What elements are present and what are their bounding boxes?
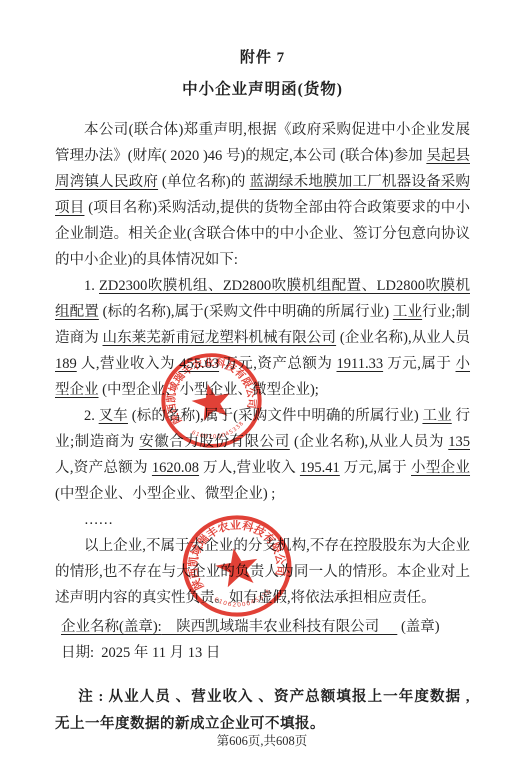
ellipsis-line: …… (55, 507, 470, 533)
attachment-label: 附件 7 (55, 46, 470, 67)
closing-paragraph: 以上企业,不属于大企业的分支机构,不存在控股股东为大企业的情形,也不存在与大企业… (55, 533, 470, 611)
item-1-paragraph: 1. ZD2300吹膜机组、ZD2800吹膜机组配置、LD2800吹膜机组配置 … (55, 273, 470, 403)
document-body: 本公司(联合体)郑重声明,根据《政府采购促进中小企业发展管理办法》(财库( 20… (55, 117, 470, 738)
company-name-signature-line: 企业名称(盖章): 陕西凯域瑞丰农业科技有限公司 (盖章) (61, 614, 470, 640)
page-number-footer: 第606页,共608页 (0, 731, 524, 749)
document-title: 中小企业声明函(货物) (55, 77, 470, 99)
footnote: 注 : 从业人员 、营业收入 、资产总额填报上一年度数据 , 无上一年度数据的新… (55, 684, 470, 738)
item-2-paragraph: 2. 叉车 (标的名称),属于(采购文件中明确的所属行业) 工业 行业;制造商为… (55, 403, 470, 507)
declaration-document-page: 附件 7 中小企业声明函(货物) 本公司(联合体)郑重声明,根据《政府采购促进中… (0, 0, 524, 758)
intro-paragraph: 本公司(联合体)郑重声明,根据《政府采购促进中小企业发展管理办法》(财库( 20… (55, 117, 470, 273)
date-line: 日期: 2025 年 11 月 13 日 (61, 640, 470, 666)
